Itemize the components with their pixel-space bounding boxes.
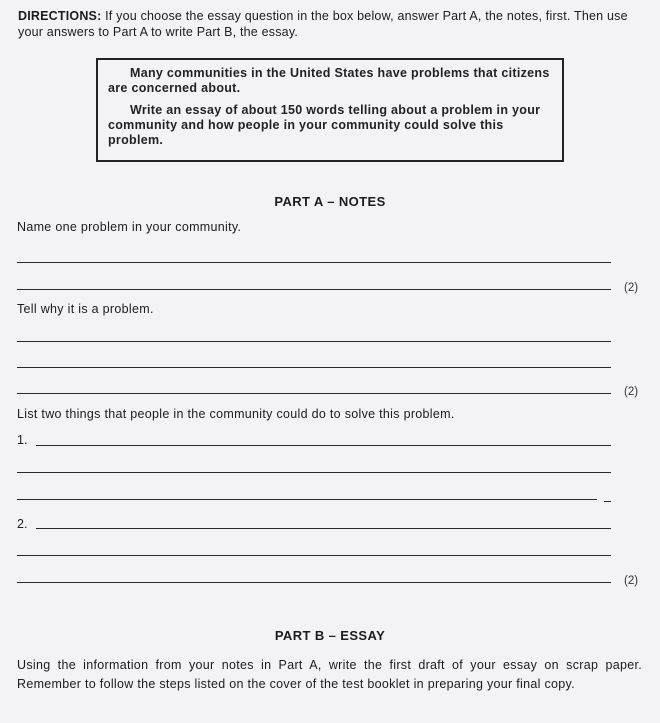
points-label: (2) bbox=[624, 575, 638, 587]
points-label: (2) bbox=[624, 386, 638, 398]
directions: DIRECTIONS: If you choose the essay ques… bbox=[18, 8, 643, 40]
directions-label: DIRECTIONS: bbox=[18, 9, 101, 23]
question-1: Name one problem in your community. bbox=[17, 220, 241, 234]
test-page: DIRECTIONS: If you choose the essay ques… bbox=[0, 0, 660, 723]
dash-mark bbox=[604, 501, 611, 502]
list-number-2: 2. bbox=[17, 517, 27, 531]
answer-line[interactable] bbox=[17, 393, 611, 394]
answer-line[interactable] bbox=[36, 445, 611, 446]
answer-line[interactable] bbox=[17, 289, 611, 290]
answer-line[interactable] bbox=[17, 367, 611, 368]
points-label: (2) bbox=[624, 282, 638, 294]
answer-line[interactable] bbox=[17, 499, 597, 500]
answer-line[interactable] bbox=[17, 341, 611, 342]
answer-line[interactable] bbox=[36, 528, 611, 529]
answer-line[interactable] bbox=[17, 472, 611, 473]
part-b-title: PART B – ESSAY bbox=[0, 628, 660, 643]
answer-line[interactable] bbox=[17, 262, 611, 263]
answer-line[interactable] bbox=[17, 582, 611, 583]
question-2: Tell why it is a problem. bbox=[17, 302, 154, 316]
question-3: List two things that people in the commu… bbox=[17, 407, 455, 421]
essay-instructions: Using the information from your notes in… bbox=[17, 656, 642, 694]
list-number-1: 1. bbox=[17, 433, 27, 447]
directions-text: If you choose the essay question in the … bbox=[18, 9, 628, 39]
part-a-title: PART A – NOTES bbox=[0, 194, 660, 209]
prompt-paragraph-2: Write an essay of about 150 words tellin… bbox=[108, 103, 552, 148]
prompt-paragraph-1: Many communities in the United States ha… bbox=[108, 66, 552, 96]
answer-line[interactable] bbox=[17, 555, 611, 556]
essay-prompt-box: Many communities in the United States ha… bbox=[96, 58, 564, 162]
